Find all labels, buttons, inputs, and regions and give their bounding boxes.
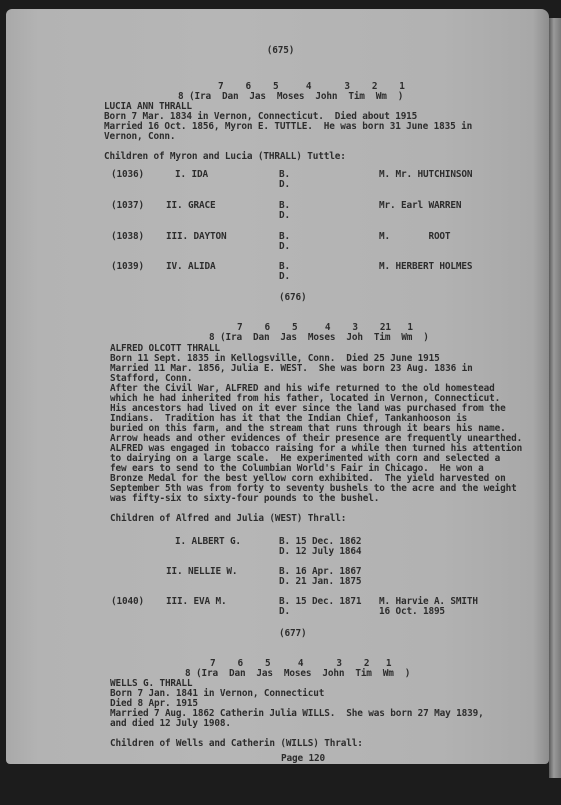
child-died: D.	[279, 180, 290, 190]
detail-line: and died 12 July 1908.	[110, 719, 231, 729]
child-name: IV. ALIDA	[166, 262, 215, 272]
child-married: M. HERBERT HOLMES	[379, 262, 472, 272]
children-heading: Children of Wells and Catherin (WILLS) T…	[110, 739, 363, 749]
child-died: D.	[279, 242, 290, 252]
child-married: M. Mr. HUTCHINSON	[379, 170, 472, 180]
page-edge	[549, 18, 561, 778]
child-died: D. 12 July 1864	[279, 547, 361, 557]
entry-number: (676)	[279, 293, 306, 303]
child-died: D.	[279, 211, 290, 221]
children-heading: Children of Alfred and Julia (WEST) Thra…	[110, 514, 346, 524]
child-number: (1036)	[111, 170, 144, 180]
child-died: D.	[279, 607, 290, 617]
detail-line: Vernon, Conn.	[104, 132, 175, 142]
detail-line: was fifty-six to sixty-four pounds to th…	[110, 494, 379, 504]
child-married: M. ROOT	[379, 232, 450, 242]
generation-names: 8 (Ira Dan Jas Moses Joh Tim Wm )	[209, 333, 429, 343]
child-number: (1039)	[111, 262, 144, 272]
child-name: II. NELLIE W.	[166, 567, 237, 577]
entry-number: (677)	[279, 629, 306, 639]
child-number: (1037)	[111, 201, 144, 211]
child-married: Mr. Earl WARREN	[379, 201, 461, 211]
child-died: D. 21 Jan. 1875	[279, 577, 361, 587]
entry-number: (675)	[0, 46, 561, 56]
child-name: III. EVA M.	[166, 597, 226, 607]
child-number: (1040)	[111, 597, 144, 607]
child-name: I. ALBERT G.	[175, 537, 241, 547]
generation-names: 8 (Ira Dan Jas Moses John Tim Wm )	[178, 92, 403, 102]
child-name: II. GRACE	[166, 201, 215, 211]
child-died: D.	[279, 272, 290, 282]
child-married-date: 16 Oct. 1895	[379, 607, 445, 617]
children-heading: Children of Myron and Lucia (THRALL) Tut…	[104, 152, 346, 162]
child-name: I. IDA	[175, 170, 208, 180]
child-number: (1038)	[111, 232, 144, 242]
child-born: B. 15 Dec. 1871	[279, 597, 361, 607]
generation-names: 8 (Ira Dan Jas Moses John Tim Wm )	[185, 669, 410, 679]
child-name: III. DAYTON	[166, 232, 226, 242]
page-number: Page 120	[281, 754, 325, 764]
